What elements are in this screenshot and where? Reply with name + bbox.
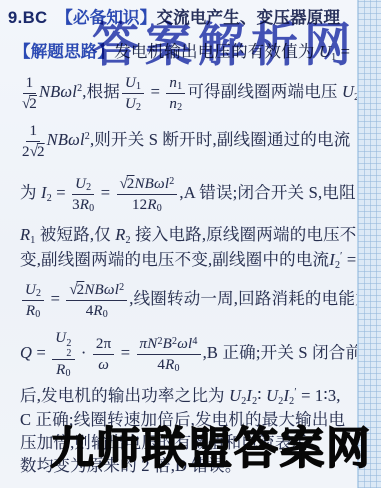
watermark-answer-site-bottom: 九师联盟答案网 — [50, 412, 372, 476]
math-var: R — [115, 225, 125, 244]
text-run: ,根据 — [82, 82, 120, 101]
question-number-answer: 9.BC — [8, 9, 48, 27]
math-ratio: ∶ — [257, 386, 266, 405]
text-run: ,B 正确;开关 S 闭合前、 — [203, 343, 379, 362]
math-var: NBωl — [47, 130, 85, 149]
text-run: = 1∶3, — [297, 386, 341, 405]
line-3: 1√2NBωl2,根据U1U2 = n1n2可得副线圈两端电压 U2 = — [20, 69, 372, 115]
line-4: 12√2NBωl2,则开关 S 断开时,副线圈通过的电流 — [20, 117, 372, 163]
math-var: R — [20, 225, 30, 244]
text-run: ,A 错误;闭合开关 S,电阻 — [179, 183, 355, 202]
math-equals: = — [46, 289, 64, 308]
text-run: 后,发电机的输出功率之比为 — [20, 386, 229, 405]
math-equals: = — [146, 82, 164, 101]
text-run: 变,副线圈两端的电压不变,副线圈中的电流 — [20, 250, 329, 269]
math-var: U — [342, 82, 354, 101]
math-fraction: 2πω — [93, 335, 114, 374]
line-9: Q = U22R0 · 2πω = πN2B2ωl44R0,B 正确;开关 S … — [20, 327, 372, 379]
scanned-answer-page: { "watermarks": { "top": "答案解析网", "botto… — [0, 0, 381, 488]
math-fraction: U22R0 — [52, 329, 74, 379]
math-fraction: U1U2 — [122, 74, 144, 113]
math-var: NBωl — [39, 82, 77, 101]
math-dot: · — [77, 343, 91, 362]
text-run: 可得副线圈两端电压 — [187, 82, 342, 101]
line-6: R1 被短路,仅 R2 接入电路,原线圈两端的电压不 — [20, 222, 372, 247]
line-10: 后,发电机的输出功率之比为 U2I2∶ U2I2′ = 1∶3, — [20, 383, 372, 408]
math-equals: = — [116, 343, 134, 362]
math-fraction: √2NBωl212R0 — [117, 175, 178, 214]
math-fraction: 1√2 — [22, 74, 37, 113]
math-var: U — [266, 386, 278, 405]
math-var: U — [229, 386, 241, 405]
watermark-answer-site-top: 答案解析网 — [92, 8, 357, 75]
math-fraction: πN2B2ωl44R0 — [137, 335, 201, 374]
math-equals: = — [96, 183, 114, 202]
text-run: 为 — [20, 183, 41, 202]
line-7: 变,副线圈两端的电压不变,副线圈中的电流I2′ = — [20, 247, 372, 272]
text-run: ,则开关 S 断开时,副线圈通过的电流 — [90, 130, 350, 149]
line-8: U2R0 = √2NBωl24R0,线圈转动一周,回路消耗的电能为 — [20, 276, 372, 322]
text-run: = — [343, 250, 357, 269]
math-fraction: U23R0 — [72, 175, 94, 214]
text-run: 被短路,仅 — [35, 225, 115, 244]
math-fraction: n1n2 — [166, 74, 185, 113]
text-run: 接入电路,原线圈两端的电压不 — [131, 225, 357, 244]
math-equals: = — [52, 183, 70, 202]
math-fraction: 12√2 — [22, 122, 45, 161]
line-5: 为 I2 = U23R0 = √2NBωl212R0,A 错误;闭合开关 S,电… — [20, 168, 372, 218]
math-fraction: √2NBωl24R0 — [66, 281, 127, 320]
text-run: ,线圈转动一周,回路消耗的电能为 — [129, 289, 371, 308]
math-equals: = — [32, 343, 50, 362]
math-var: Q — [20, 343, 32, 362]
math-fraction: U2R0 — [22, 281, 44, 320]
